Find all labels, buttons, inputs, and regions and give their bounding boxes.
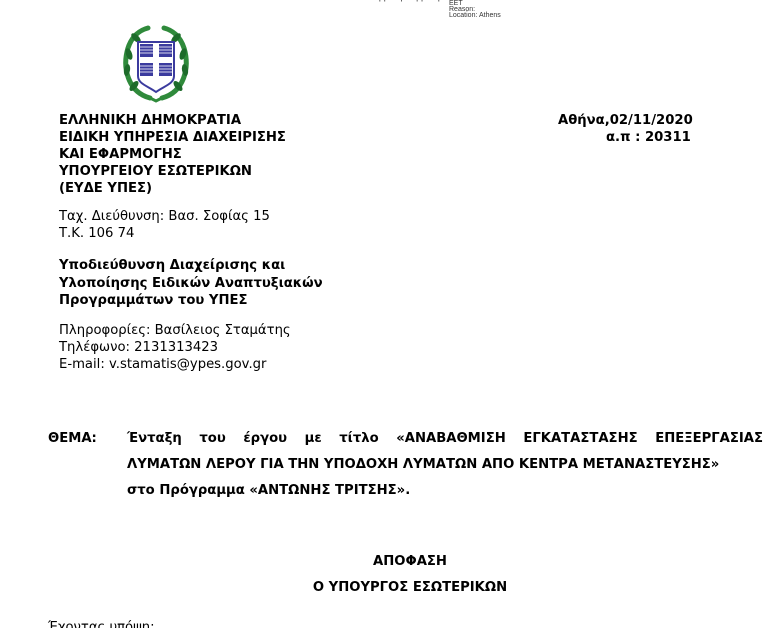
contact-info: Πληροφορίες: Βασίλειος Σταμάτης Τηλέφωνο…	[59, 322, 291, 373]
contact-person: Πληροφορίες: Βασίλειος Σταμάτης	[59, 322, 291, 339]
decision-subtitle: Ο ΥΠΟΥΡΓΟΣ ΕΣΩΤΕΡΙΚΩΝ	[0, 575, 779, 601]
subject-line: στο Πρόγραμμα «ΑΝΤΩΝΗΣ ΤΡΙΤΣΗΣ».	[127, 478, 763, 504]
signer-name: Ναρμάνη Ναρμάνη	[368, 0, 440, 2]
header-line: ΚΑΙ ΕΦΑΡΜΟΓΗΣ	[59, 146, 286, 163]
signature-location: Location: Athens	[449, 12, 501, 19]
department-line: Υλοποίησης Ειδικών Αναπτυξιακών	[59, 275, 323, 293]
department-line: Υποδιεύθυνση Διαχείρισης και	[59, 257, 323, 275]
postal-address: Ταχ. Διεύθυνση: Βασ. Σοφίας 15 Τ.Κ. 106 …	[59, 208, 270, 242]
subject-line: ΛΥΜΑΤΩΝ ΛΕΡΟΥ ΓΙΑ ΤΗΝ ΥΠΟΔΟΧΗ ΛΥΜΑΤΩΝ ΑΠ…	[127, 452, 763, 478]
header-line: (ΕΥΔΕ ΥΠΕΣ)	[59, 180, 286, 197]
subject-label: ΘΕΜΑ:	[48, 426, 97, 452]
header-line: ΕΙΔΙΚΗ ΥΠΗΡΕΣΙΑ ΔΙΑΧΕΙΡΙΣΗΣ	[59, 129, 286, 146]
decision-heading: ΑΠΟΦΑΣΗ Ο ΥΠΟΥΡΓΟΣ ΕΣΩΤΕΡΙΚΩΝ	[0, 549, 779, 601]
contact-phone: Τηλέφωνο: 2131313423	[59, 339, 291, 356]
digital-signature-block: Ναρμάνη Ναρμάνη EET Reason: Location: At…	[0, 0, 779, 20]
protocol-number: α.π : 20311	[558, 129, 693, 146]
header-line: ΥΠΟΥΡΓΕΙΟΥ ΕΣΩΤΕΡΙΚΩΝ	[59, 163, 286, 180]
issuer-header: ΕΛΛΗΝΙΚΗ ΔΗΜΟΚΡΑΤΙΑ ΕΙΔΙΚΗ ΥΠΗΡΕΣΙΑ ΔΙΑΧ…	[59, 112, 286, 197]
decision-title: ΑΠΟΦΑΣΗ	[0, 549, 779, 575]
date-block: Αθήνα,02/11/2020 α.π : 20311	[558, 112, 693, 146]
department-name: Υποδιεύθυνση Διαχείρισης και Υλοποίησης …	[59, 257, 323, 310]
postal-code: Τ.Κ. 106 74	[59, 225, 270, 242]
preamble-fragment: Έχοντας υπόψη:	[48, 620, 155, 628]
greek-coat-of-arms-icon	[120, 24, 192, 104]
header-line: ΕΛΛΗΝΙΚΗ ΔΗΜΟΚΡΑΤΙΑ	[59, 112, 286, 129]
contact-email[interactable]: E-mail: v.stamatis@ypes.gov.gr	[59, 356, 291, 373]
document-date: Αθήνα,02/11/2020	[558, 112, 693, 129]
street-address: Ταχ. Διεύθυνση: Βασ. Σοφίας 15	[59, 208, 270, 225]
department-line: Προγραμμάτων του ΥΠΕΣ	[59, 292, 323, 310]
subject-line: Ένταξη του έργου με τίτλο «ΑΝΑΒΑΘΜΙΣΗ ΕΓ…	[127, 426, 763, 452]
